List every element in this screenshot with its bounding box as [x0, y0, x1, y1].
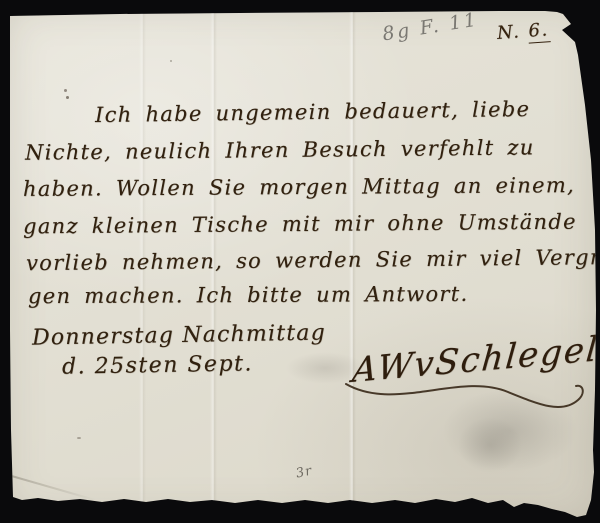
ink-smudge [455, 415, 525, 475]
foxing-spot [64, 89, 67, 92]
letter-line-1: Ich habe ungemein bedauert, liebe [95, 97, 531, 127]
letter-line-3: haben. Wollen Sie morgen Mittag an einem… [23, 173, 575, 201]
archival-number-value: 6. [527, 19, 551, 43]
letter-line-5: vorlieb nehmen, so werden Sie mir viel V… [26, 245, 600, 275]
photographed-letter-scene: 8g F. 11 N. 6. Ich habe ungemein bedauer… [0, 0, 600, 523]
letter-line-4: ganz kleinen Tische mit mir ohne Umständ… [23, 210, 577, 239]
dateline-date: d. 25sten Sept. [62, 351, 253, 379]
ink-smudge [440, 388, 580, 473]
dateline-day: Donnerstag Nachmittag [32, 320, 326, 350]
corner-crease [8, 474, 97, 501]
letter-line-6: gen machen. Ich bitte um Antwort. [28, 282, 469, 308]
letter-paper: 8g F. 11 N. 6. Ich habe ungemein bedauer… [0, 0, 600, 523]
archival-pencil-mark: 8g F. 11 [381, 9, 480, 46]
signature-schlegel: AWvSchlegel [351, 329, 600, 391]
collation-mark: 3r [295, 463, 314, 481]
archival-number-label: N. [496, 21, 521, 44]
archival-number-mark: N. 6. [496, 19, 550, 46]
foxing-spot [170, 60, 172, 62]
foxing-spot [66, 96, 69, 99]
letter-line-2: Nichte, neulich Ihren Besuch verfehlt zu [25, 135, 535, 164]
foxing-spot [77, 437, 81, 439]
